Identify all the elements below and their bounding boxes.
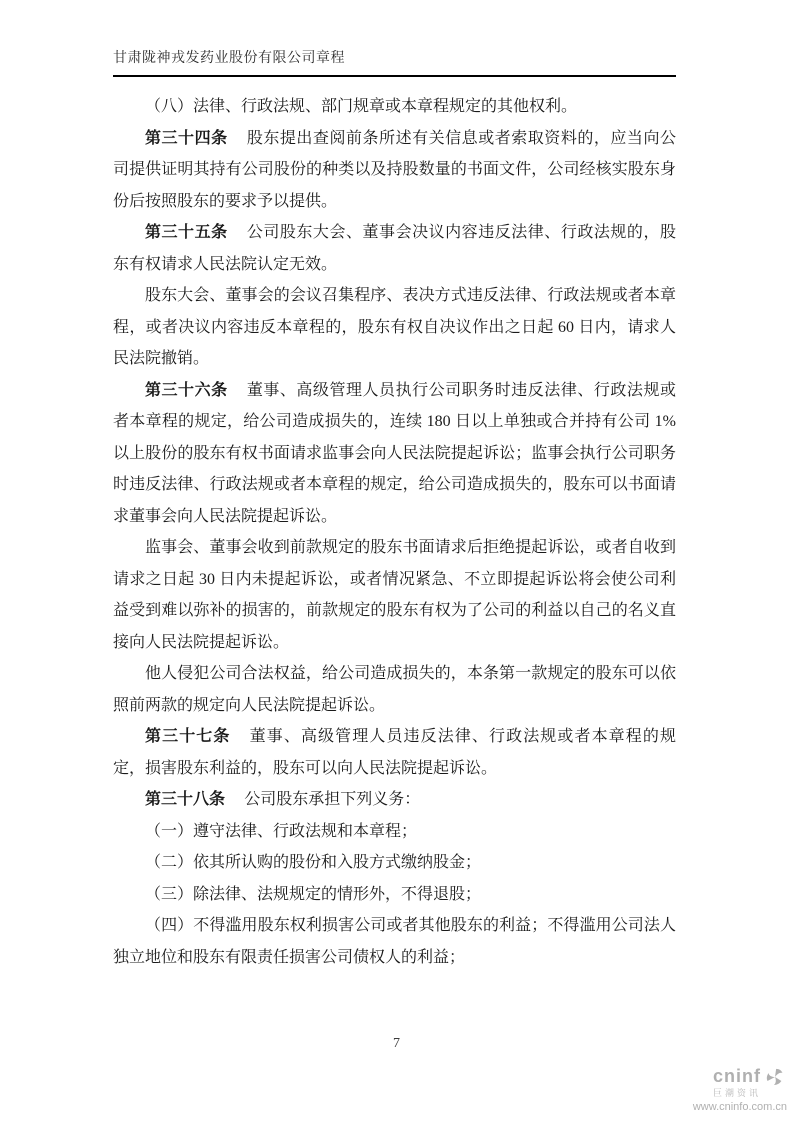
page-header: 甘肃陇神戎发药业股份有限公司章程 [113, 50, 676, 77]
page-number: 7 [393, 1036, 400, 1051]
article-number: 第三十七条 [145, 728, 230, 745]
paragraph-text: （八）法律、行政法规、部门规章或本章程规定的其他权利。 [145, 98, 577, 115]
paragraph: （四）不得滥用股东权利损害公司或者其他股东的利益；不得滥用公司法人独立地位和股东… [113, 910, 676, 973]
paragraph-text: （三）除法律、法规规定的情形外，不得退股； [145, 886, 481, 903]
article-number: 第三十五条 [145, 224, 228, 241]
page-title: 甘肃陇神戎发药业股份有限公司章程 [113, 50, 676, 68]
paragraph: （三）除法律、法规规定的情形外，不得退股； [113, 879, 676, 911]
paragraph-text: 监事会、董事会收到前款规定的股东书面请求后拒绝提起诉讼，或者自收到请求之日起 3… [113, 539, 676, 651]
paragraph: 第三十五条公司股东大会、董事会决议内容违反法律、行政法规的，股东有权请求人民法院… [113, 217, 676, 280]
article-number: 第三十四条 [145, 130, 228, 147]
cninfo-brand-row: cninf [713, 1066, 787, 1088]
cninfo-caption: 巨潮资讯 [713, 1089, 761, 1099]
paragraph: 第三十八条公司股东承担下列义务： [113, 784, 676, 816]
paragraph: 他人侵犯公司合法权益，给公司造成损失的，本条第一款规定的股东可以依照前两款的规定… [113, 658, 676, 721]
paragraph: 监事会、董事会收到前款规定的股东书面请求后拒绝提起诉讼，或者自收到请求之日起 3… [113, 532, 676, 658]
document-body: （八）法律、行政法规、部门规章或本章程规定的其他权利。 第三十四条股东提出查阅前… [113, 91, 676, 973]
article-number: 第三十六条 [145, 382, 228, 399]
document-page: 甘肃陇神戎发药业股份有限公司章程 （八）法律、行政法规、部门规章或本章程规定的其… [0, 0, 793, 1122]
paragraph: 第三十四条股东提出查阅前条所述有关信息或者索取资料的，应当向公司提供证明其持有公… [113, 123, 676, 218]
cninfo-brand-text: cninf [713, 1067, 761, 1087]
article-number: 第三十八条 [145, 791, 225, 808]
paragraph-text: 股东大会、董事会的会议召集程序、表决方式违反法律、行政法规或者本章程，或者决议内… [113, 287, 676, 367]
paragraph: （一）遵守法律、行政法规和本章程； [113, 816, 676, 848]
paragraph: 第三十六条董事、高级管理人员执行公司职务时违反法律、行政法规或者本章程的规定，给… [113, 375, 676, 533]
paragraph-text: （四）不得滥用股东权利损害公司或者其他股东的利益；不得滥用公司法人独立地位和股东… [113, 917, 676, 966]
paragraph: 股东大会、董事会的会议召集程序、表决方式违反法律、行政法规或者本章程，或者决议内… [113, 280, 676, 375]
paragraph: （二）依其所认购的股份和入股方式缴纳股金； [113, 847, 676, 879]
paragraph-text: （二）依其所认购的股份和入股方式缴纳股金； [145, 854, 481, 871]
cninfo-url: www.cninfo.com.cn [693, 1101, 787, 1113]
paragraph-text: 公司股东承担下列义务： [244, 791, 420, 808]
paragraph: （八）法律、行政法规、部门规章或本章程规定的其他权利。 [113, 91, 676, 123]
paragraph-text: 他人侵犯公司合法权益，给公司造成损失的，本条第一款规定的股东可以依照前两款的规定… [113, 665, 676, 714]
paragraph-text: 董事、高级管理人员执行公司职务时违反法律、行政法规或者本章程的规定，给公司造成损… [113, 382, 676, 525]
cninfo-logo: cninf 巨潮资讯 www.cninfo.com.cn [657, 1066, 787, 1113]
paragraph-text: （一）遵守法律、行政法规和本章程； [145, 823, 417, 840]
paragraph: 第三十七条董事、高级管理人员违反法律、行政法规或者本章程的规定，损害股东利益的，… [113, 721, 676, 784]
swirl-icon [761, 1066, 788, 1088]
page-footer: 7 [0, 1036, 793, 1052]
